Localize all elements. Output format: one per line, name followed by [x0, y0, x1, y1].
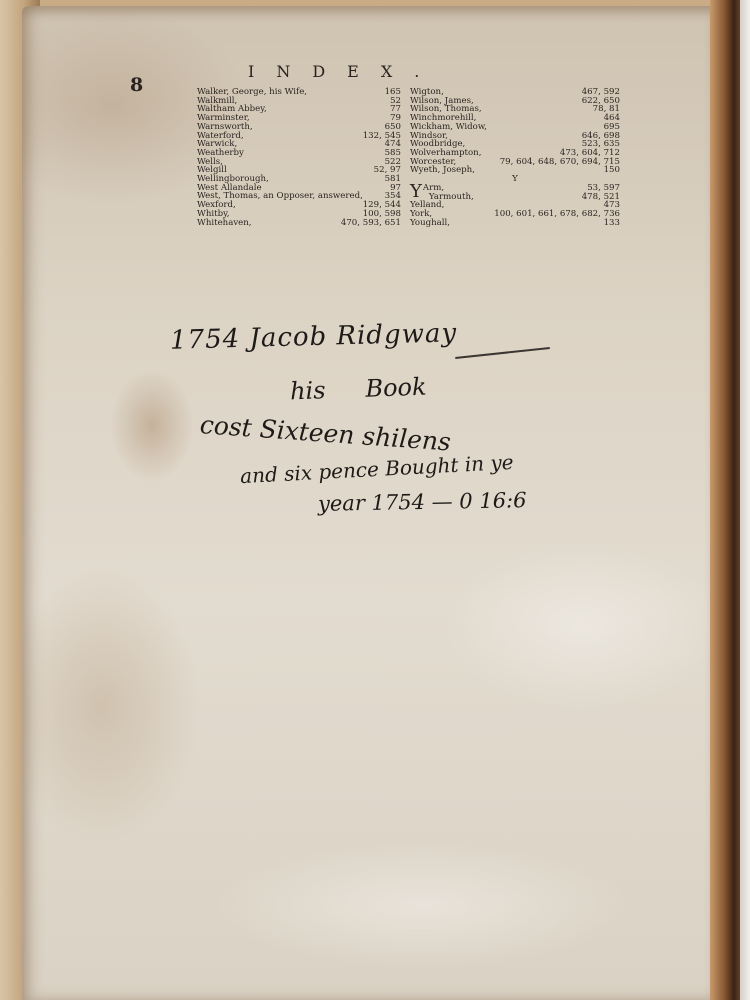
entry-name: Whitehaven, — [197, 219, 252, 228]
index-entry: Wells,522 — [197, 158, 401, 167]
entry-pages: 150 — [604, 166, 620, 175]
printed-index: 8 INDEX. Walker, George, his Wife,165Wal… — [0, 0, 750, 300]
index-entry: Yarmouth, 478, 521 — [423, 193, 620, 202]
index-entry: Weatherby585 — [197, 149, 401, 158]
page-number: 8 — [130, 74, 143, 96]
y-section-start: Y Arm, 53, 597 Yarmouth, 478, 521 — [410, 184, 620, 201]
entry-pages: 79, 604, 648, 670, 694, 715 — [500, 158, 620, 167]
inscription-line-5: year 1754 — 0 16:6 — [318, 488, 527, 516]
index-column-right: Wigton,467, 592Wilson, James,622, 650Wil… — [410, 88, 620, 228]
drop-cap: Y — [410, 184, 422, 200]
entry-pages: 470, 593, 651 — [341, 219, 401, 228]
entry-name: Youghall, — [410, 219, 450, 228]
entry-pages: 133 — [604, 219, 620, 228]
entry-name: Wyeth, Joseph, — [410, 166, 475, 175]
index-entry: Youghall,133 — [410, 219, 620, 228]
entry-pages: 100, 601, 661, 678, 682, 736 — [494, 210, 620, 219]
index-column-left: Walker, George, his Wife,165Walkmill,52W… — [197, 88, 401, 227]
inscription-line-2: hisBook — [290, 373, 427, 406]
index-heading: INDEX. — [248, 62, 441, 81]
index-entry: Whitehaven,470, 593, 651 — [197, 219, 401, 228]
